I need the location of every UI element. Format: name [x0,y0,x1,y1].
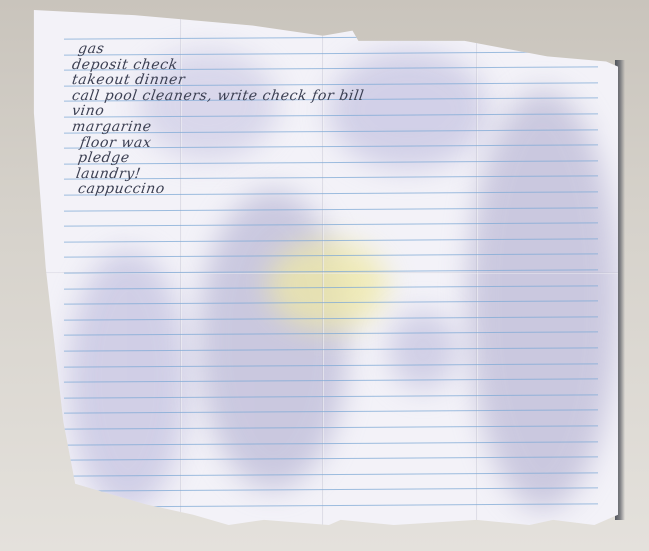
list-item: laundry! [71,167,365,183]
list-item: margarine [71,120,365,136]
rule-line [64,503,598,507]
rule-line [64,35,598,39]
fold-line [476,10,478,525]
list-item: gas [71,42,365,58]
list-item: floor wax [71,136,365,152]
list-item: deposit check [71,58,365,74]
list-item: call pool cleaners, write check for bill [71,89,365,105]
stain [198,190,348,490]
list-item: takeout dinner [71,73,365,89]
list-item: pledge [71,151,365,167]
list-item: cappuccino [71,182,365,198]
handwritten-list: gas deposit check takeout dinner call po… [72,42,364,198]
list-item: vino [71,104,365,120]
stain [388,310,458,390]
stain [268,240,388,330]
